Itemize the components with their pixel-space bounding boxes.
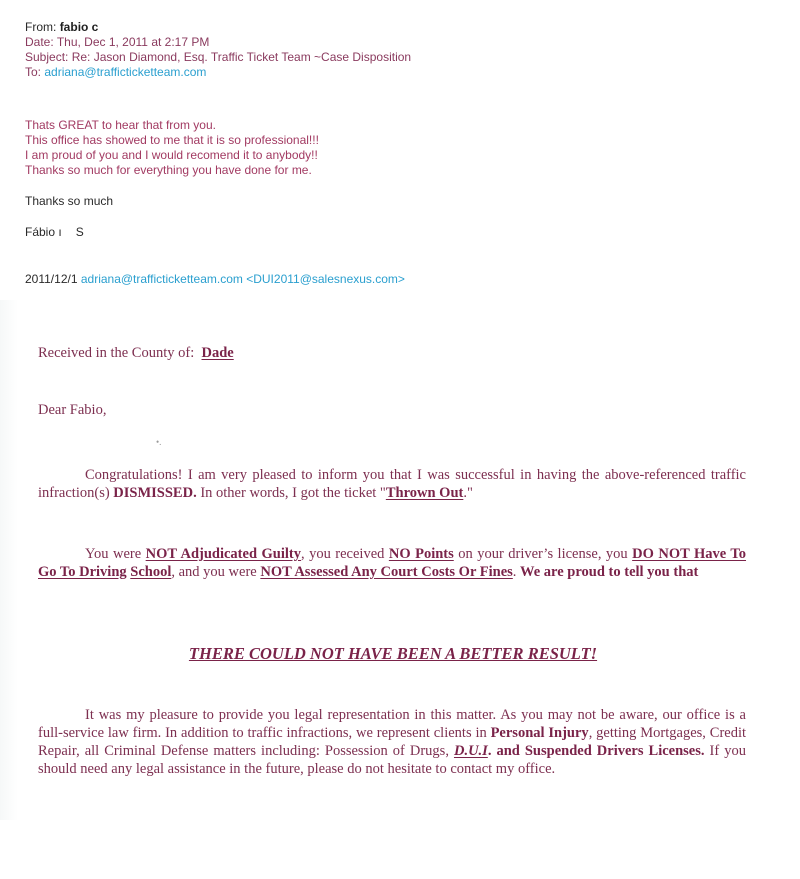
email-header: From: fabio c Date: Thu, Dec 1, 2011 at …: [25, 20, 411, 80]
dismissed-emphasis: DISMISSED.: [113, 485, 196, 501]
to-line: To: adriana@trafficticketteam.com: [25, 65, 411, 80]
scan-edge-shadow: [0, 300, 18, 820]
quote-sender-alt-link[interactable]: <DUI2011@salesnexus.com>: [246, 272, 405, 286]
p1-text: .": [463, 485, 473, 501]
signature-first: Fábio ı: [25, 225, 62, 239]
from-label: From:: [25, 20, 56, 34]
personal-injury-emphasis: Personal Injury: [491, 725, 589, 741]
date-label: Date:: [25, 35, 54, 49]
proud-emphasis: We are proud to tell you that: [520, 564, 698, 580]
to-email-link[interactable]: adriana@trafficticketteam.com: [44, 65, 206, 79]
subject-label: Subject:: [25, 50, 68, 64]
subject-line: Subject: Re: Jason Diamond, Esq. Traffic…: [25, 50, 411, 65]
signature-last: S: [76, 225, 84, 239]
p2-text: on your driver’s license, you: [454, 546, 632, 562]
paragraph-services: It was my pleasure to provide you legal …: [38, 706, 746, 778]
scan-speck: •.: [156, 437, 161, 447]
from-name: fabio c: [60, 20, 99, 34]
email-body: Thats GREAT to hear that from you. This …: [25, 118, 319, 178]
thrown-out-emphasis: Thrown Out: [386, 485, 464, 501]
county-value: Dade: [202, 345, 234, 361]
result-headline: THERE COULD NOT HAVE BEEN A BETTER RESUL…: [0, 644, 786, 664]
p2-text: You were: [85, 546, 146, 562]
p2-text: , you received: [301, 546, 389, 562]
p2-text: .: [513, 564, 520, 580]
paragraph-result: You were NOT Adjudicated Guilty, you rec…: [38, 545, 746, 581]
to-label: To:: [25, 65, 41, 79]
p1-text: In other words, I got the ticket ": [197, 485, 386, 501]
body-line: I am proud of you and I would recomend i…: [25, 148, 319, 163]
county-label: Received in the County of:: [38, 345, 194, 361]
salutation: Dear Fabio,: [38, 402, 746, 419]
body-line: This office has showed to me that it is …: [25, 133, 319, 148]
suspended-licenses-emphasis: . and Suspended Drivers Licenses.: [488, 743, 705, 759]
school-emphasis: School: [130, 564, 171, 580]
quoted-message-header: 2011/12/1 adriana@trafficticketteam.com …: [25, 272, 405, 286]
p2-text: , and you were: [171, 564, 260, 580]
quote-sender-link[interactable]: adriana@trafficticketteam.com: [81, 272, 243, 286]
county-line: Received in the County of: Dade: [38, 345, 746, 362]
email-signature: Fábio ıS: [25, 225, 84, 239]
date-value: Thu, Dec 1, 2011 at 2:17 PM: [57, 35, 210, 49]
not-guilty-emphasis: NOT Adjudicated Guilty: [146, 546, 301, 562]
quote-date: 2011/12/1: [25, 272, 78, 286]
body-line: Thanks so much for everything you have d…: [25, 163, 319, 178]
subject-value: Re: Jason Diamond, Esq. Traffic Ticket T…: [72, 50, 411, 64]
no-costs-emphasis: NOT Assessed Any Court Costs Or Fines: [260, 564, 512, 580]
email-closing: Thanks so much: [25, 194, 113, 208]
paragraph-dismissed: Congratulations! I am very pleased to in…: [38, 466, 746, 502]
date-line: Date: Thu, Dec 1, 2011 at 2:17 PM: [25, 35, 411, 50]
dui-emphasis: D.U.I: [454, 743, 488, 759]
body-line: Thats GREAT to hear that from you.: [25, 118, 319, 133]
no-points-emphasis: NO Points: [389, 546, 454, 562]
from-line: From: fabio c: [25, 20, 411, 35]
